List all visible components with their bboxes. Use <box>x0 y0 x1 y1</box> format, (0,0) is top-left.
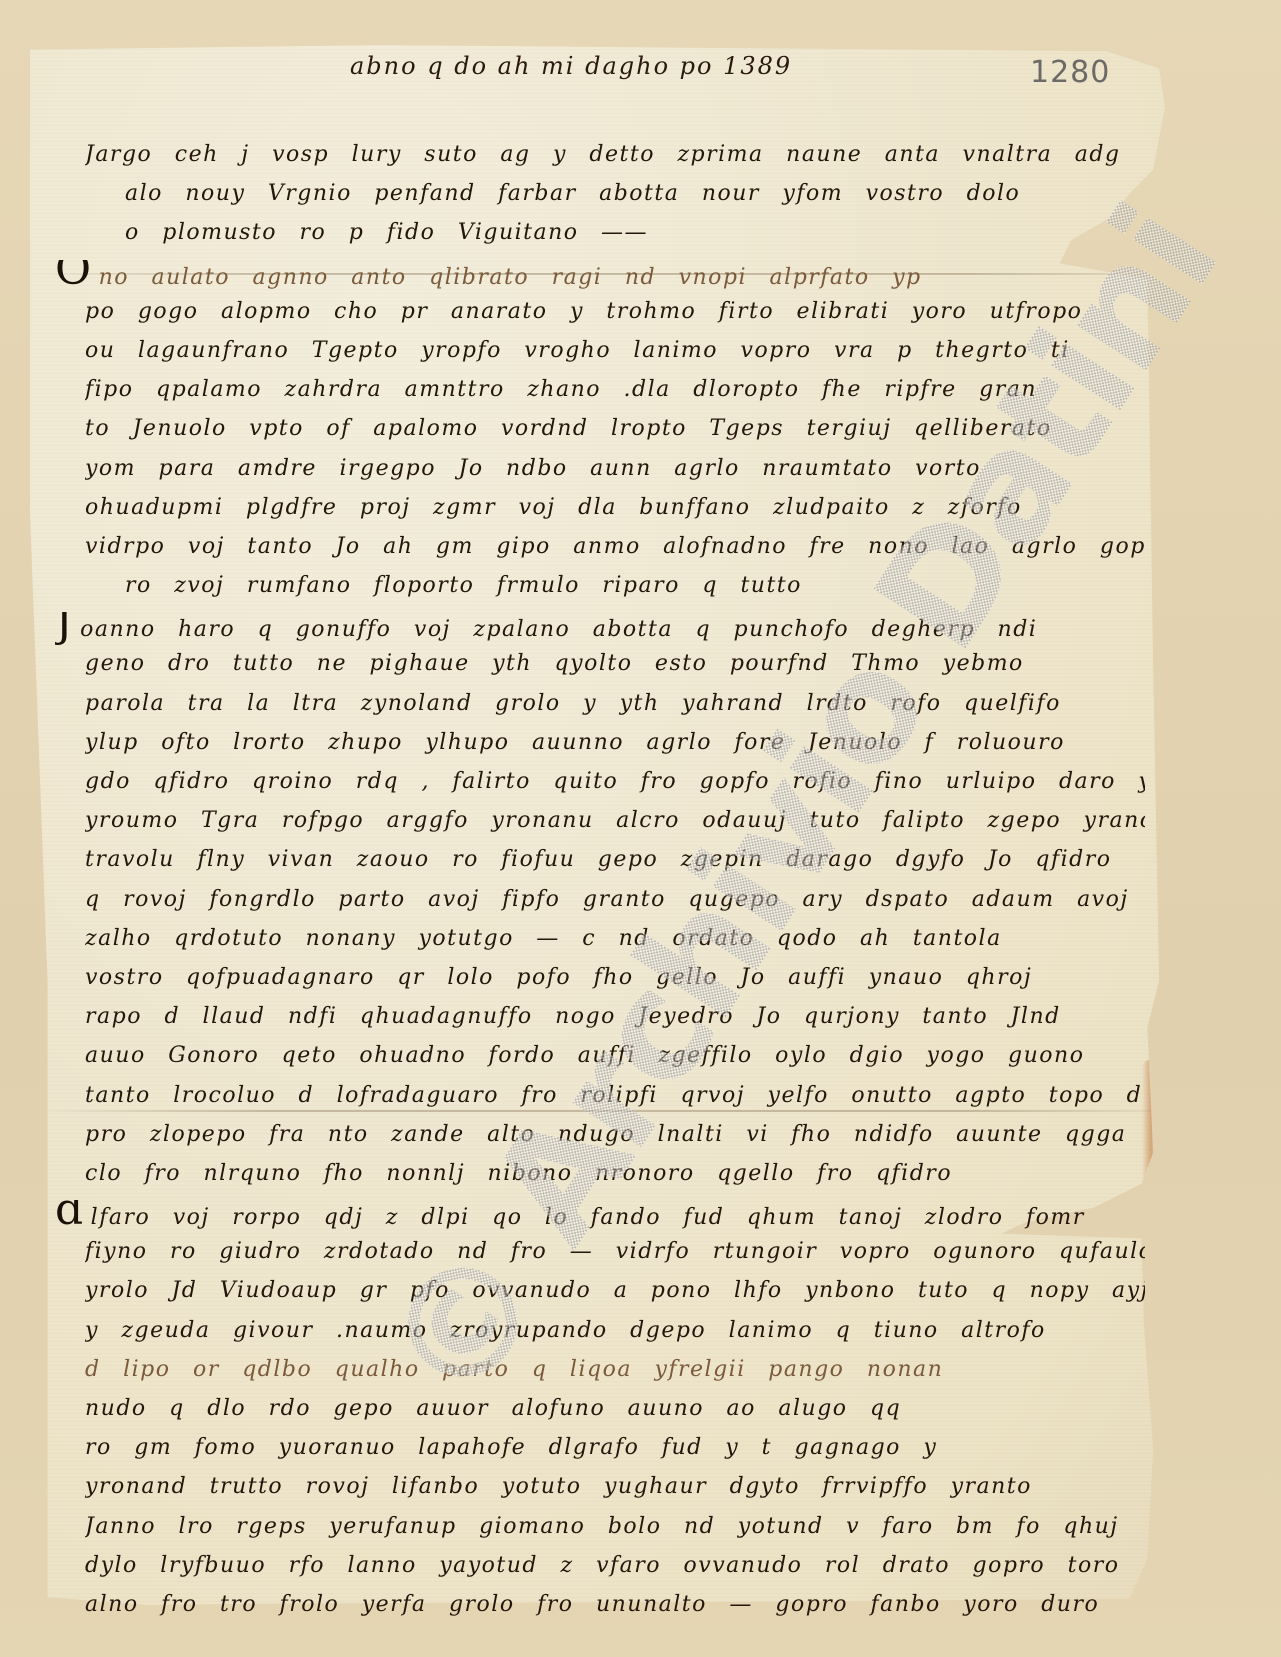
archive-number: 1280 <box>1030 55 1110 90</box>
manuscript-line: ylup ofto lrorto zhupo ylhupo auunno agr… <box>85 730 1145 769</box>
line-text: travolu flny vivan zaouo ro fiofuu gepo … <box>85 847 1112 872</box>
manuscript-line: Joanno haro q gonuffo voj zpalano abotta… <box>55 612 1145 651</box>
line-text: lfaro voj rorpo qdj z dlpi qo lo fando f… <box>91 1205 1085 1230</box>
manuscript-line: tanto lrocoluo d lofradaguaro fro rolipf… <box>85 1083 1145 1122</box>
line-text: yroumo Tgra rofpgo arggfo yronanu alcro … <box>85 808 1145 833</box>
line-text: auuo Gonoro qeto ohuadno fordo auffi zge… <box>85 1043 1084 1068</box>
letter-body: Jargo ceh j vosp lury suto ag y detto zp… <box>85 142 1145 1631</box>
line-text: vostro qofpuadagnaro qr lolo pofo fho ge… <box>85 965 1032 990</box>
manuscript-line: dylo lryfbuuo rfo lanno yayotud z vfaro … <box>85 1553 1145 1592</box>
manuscript-line: fiyno ro giudro zrdotado nd fro — vidrfo… <box>85 1239 1145 1278</box>
line-text: ohuadupmi plgdfre proj zgmr voj dla bunf… <box>85 495 1022 520</box>
line-text: ro gm fomo yuoranuo lapahofe dlgrafo fud… <box>85 1435 937 1460</box>
line-text: q rovoj fongrdlo parto avoj fipfo granto… <box>85 887 1129 912</box>
line-text: rapo d llaud ndfi qhuadagnuffo nogo Jeye… <box>85 1004 1061 1029</box>
manuscript-line: geno dro tutto ne pighaue yth qyolto est… <box>85 651 1145 690</box>
manuscript-line: q rovoj fongrdlo parto avoj fipfo granto… <box>85 887 1145 926</box>
line-text: parola tra la ltra zynoland grolo y yth … <box>85 691 1061 716</box>
date-header: abno q do ah mi dagho po 1389 <box>350 52 792 80</box>
manuscript-line: vostro qofpuadagnaro qr lolo pofo fho ge… <box>85 965 1145 1004</box>
line-text: fiyno ro giudro zrdotado nd fro — vidrfo… <box>85 1239 1145 1264</box>
manuscript-line: gdo qfidro qroino rdq , falirto quito fr… <box>85 769 1145 808</box>
manuscript-line: Jargo ceh j vosp lury suto ag y detto zp… <box>85 142 1145 181</box>
line-text: vidrpo voj tanto Jo ah gm gipo anmo alof… <box>85 534 1145 559</box>
line-text: gdo qfidro qroino rdq , falirto quito fr… <box>85 769 1145 794</box>
manuscript-line: po gogo alopmo cho pr anarato y trohmo f… <box>85 299 1145 338</box>
line-text: yronand trutto rovoj lifanbo yotuto yugh… <box>85 1474 1032 1499</box>
line-text: fipo qpalamo zahrdra amnttro zhano .dla … <box>85 377 1037 402</box>
line-text: pro zlopepo fra nto zande alto ndugo lna… <box>85 1122 1126 1147</box>
line-text: y zgeuda givour .naumo zroyrupando dgepo… <box>85 1318 1046 1343</box>
line-text: d lipo or qdlbo qualho parto q liqoa yfr… <box>85 1357 943 1382</box>
line-text: oanno haro q gonuffo voj zpalano abotta … <box>80 617 1037 642</box>
line-text: zalho qrdotuto nonany yotutgo — c nd ord… <box>85 926 1002 951</box>
manuscript-line: travolu flny vivan zaouo ro fiofuu gepo … <box>85 847 1145 886</box>
decorated-initial: J <box>55 612 74 647</box>
line-text: po gogo alopmo cho pr anarato y trohmo f… <box>85 299 1082 324</box>
manuscript-line: alno fro tro frolo yerfa grolo fro ununa… <box>85 1592 1145 1631</box>
manuscript-line: to Jenuolo vpto of apalomo vordnd lropto… <box>85 416 1145 455</box>
line-text: dylo lryfbuuo rfo lanno yayotud z vfaro … <box>85 1553 1120 1578</box>
manuscript-line: ohuadupmi plgdfre proj zgmr voj dla bunf… <box>85 495 1145 534</box>
manuscript-line: yronand trutto rovoj lifanbo yotuto yugh… <box>85 1474 1145 1513</box>
manuscript-line: pro zlopepo fra nto zande alto ndugo lna… <box>85 1122 1145 1161</box>
line-text: Jargo ceh j vosp lury suto ag y detto zp… <box>85 142 1121 167</box>
manuscript-line: y zgeuda givour .naumo zroyrupando dgepo… <box>85 1318 1145 1357</box>
manuscript-line: fipo qpalamo zahrdra amnttro zhano .dla … <box>85 377 1145 416</box>
line-text: ro zvoj rumfano floporto frmulo riparo q… <box>125 573 802 598</box>
manuscript-line: o plomusto ro p fido Viguitano —— <box>85 220 1145 259</box>
line-text: o plomusto ro p fido Viguitano —— <box>125 220 648 245</box>
manuscript-line: parola tra la ltra zynoland grolo y yth … <box>85 691 1145 730</box>
manuscript-line: clo fro nlrquno fho nonnlj nibono nronor… <box>85 1161 1145 1200</box>
line-text: ylup ofto lrorto zhupo ylhupo auunno agr… <box>85 730 1065 755</box>
manuscript-line: rapo d llaud ndfi qhuadagnuffo nogo Jeye… <box>85 1004 1145 1043</box>
manuscript-line: ro gm fomo yuoranuo lapahofe dlgrafo fud… <box>85 1435 1145 1474</box>
line-text: geno dro tutto ne pighaue yth qyolto est… <box>85 651 1024 676</box>
line-text: ou lagaunfrano Tgepto yropfo vrogho lani… <box>85 338 1070 363</box>
manuscript-line: yroumo Tgra rofpgo arggfo yronanu alcro … <box>85 808 1145 847</box>
line-text: Janno lro rgeps yerufanup giomano bolo n… <box>85 1514 1119 1539</box>
manuscript-line: ou lagaunfrano Tgepto yropfo vrogho lani… <box>85 338 1145 377</box>
line-text: yrolo Jd Viudoaup gr pfo ovvanudo a pono… <box>85 1278 1145 1303</box>
manuscript-line: alo nouy Vrgnio penfand farbar abotta no… <box>85 181 1145 220</box>
line-text: alo nouy Vrgnio penfand farbar abotta no… <box>125 181 1020 206</box>
decorated-initial: O <box>55 260 93 295</box>
manuscript-line: zalho qrdotuto nonany yotutgo — c nd ord… <box>85 926 1145 965</box>
manuscript-line: yom para amdre irgegpo Jo ndbo aunn agrl… <box>85 456 1145 495</box>
line-text: clo fro nlrquno fho nonnlj nibono nronor… <box>85 1161 952 1186</box>
manuscript-line: yrolo Jd Viudoaup gr pfo ovvanudo a pono… <box>85 1278 1145 1317</box>
manuscript-line: auuo Gonoro qeto ohuadno fordo auffi zge… <box>85 1043 1145 1082</box>
decorated-initial: d <box>55 1200 85 1235</box>
manuscript-line: d lipo or qdlbo qualho parto q liqoa yfr… <box>85 1357 1145 1396</box>
manuscript-line: vidrpo voj tanto Jo ah gm gipo anmo alof… <box>85 534 1145 573</box>
line-text: no aulato agnno anto qlibrato ragi nd vn… <box>99 265 922 290</box>
manuscript-line: Ono aulato agnno anto qlibrato ragi nd v… <box>55 260 1145 299</box>
line-text: to Jenuolo vpto of apalomo vordnd lropto… <box>85 416 1052 441</box>
manuscript-line: dlfaro voj rorpo qdj z dlpi qo lo fando … <box>55 1200 1145 1239</box>
manuscript-line: ro zvoj rumfano floporto frmulo riparo q… <box>85 573 1145 612</box>
manuscript-line: nudo q dlo rdo gepo auuor alofuno auuno … <box>85 1396 1145 1435</box>
line-text: tanto lrocoluo d lofradaguaro fro rolipf… <box>85 1083 1145 1108</box>
line-text: yom para amdre irgegpo Jo ndbo aunn agrl… <box>85 456 981 481</box>
manuscript-line: Janno lro rgeps yerufanup giomano bolo n… <box>85 1514 1145 1553</box>
line-text: alno fro tro frolo yerfa grolo fro ununa… <box>85 1592 1099 1617</box>
line-text: nudo q dlo rdo gepo auuor alofuno auuno … <box>85 1396 901 1421</box>
